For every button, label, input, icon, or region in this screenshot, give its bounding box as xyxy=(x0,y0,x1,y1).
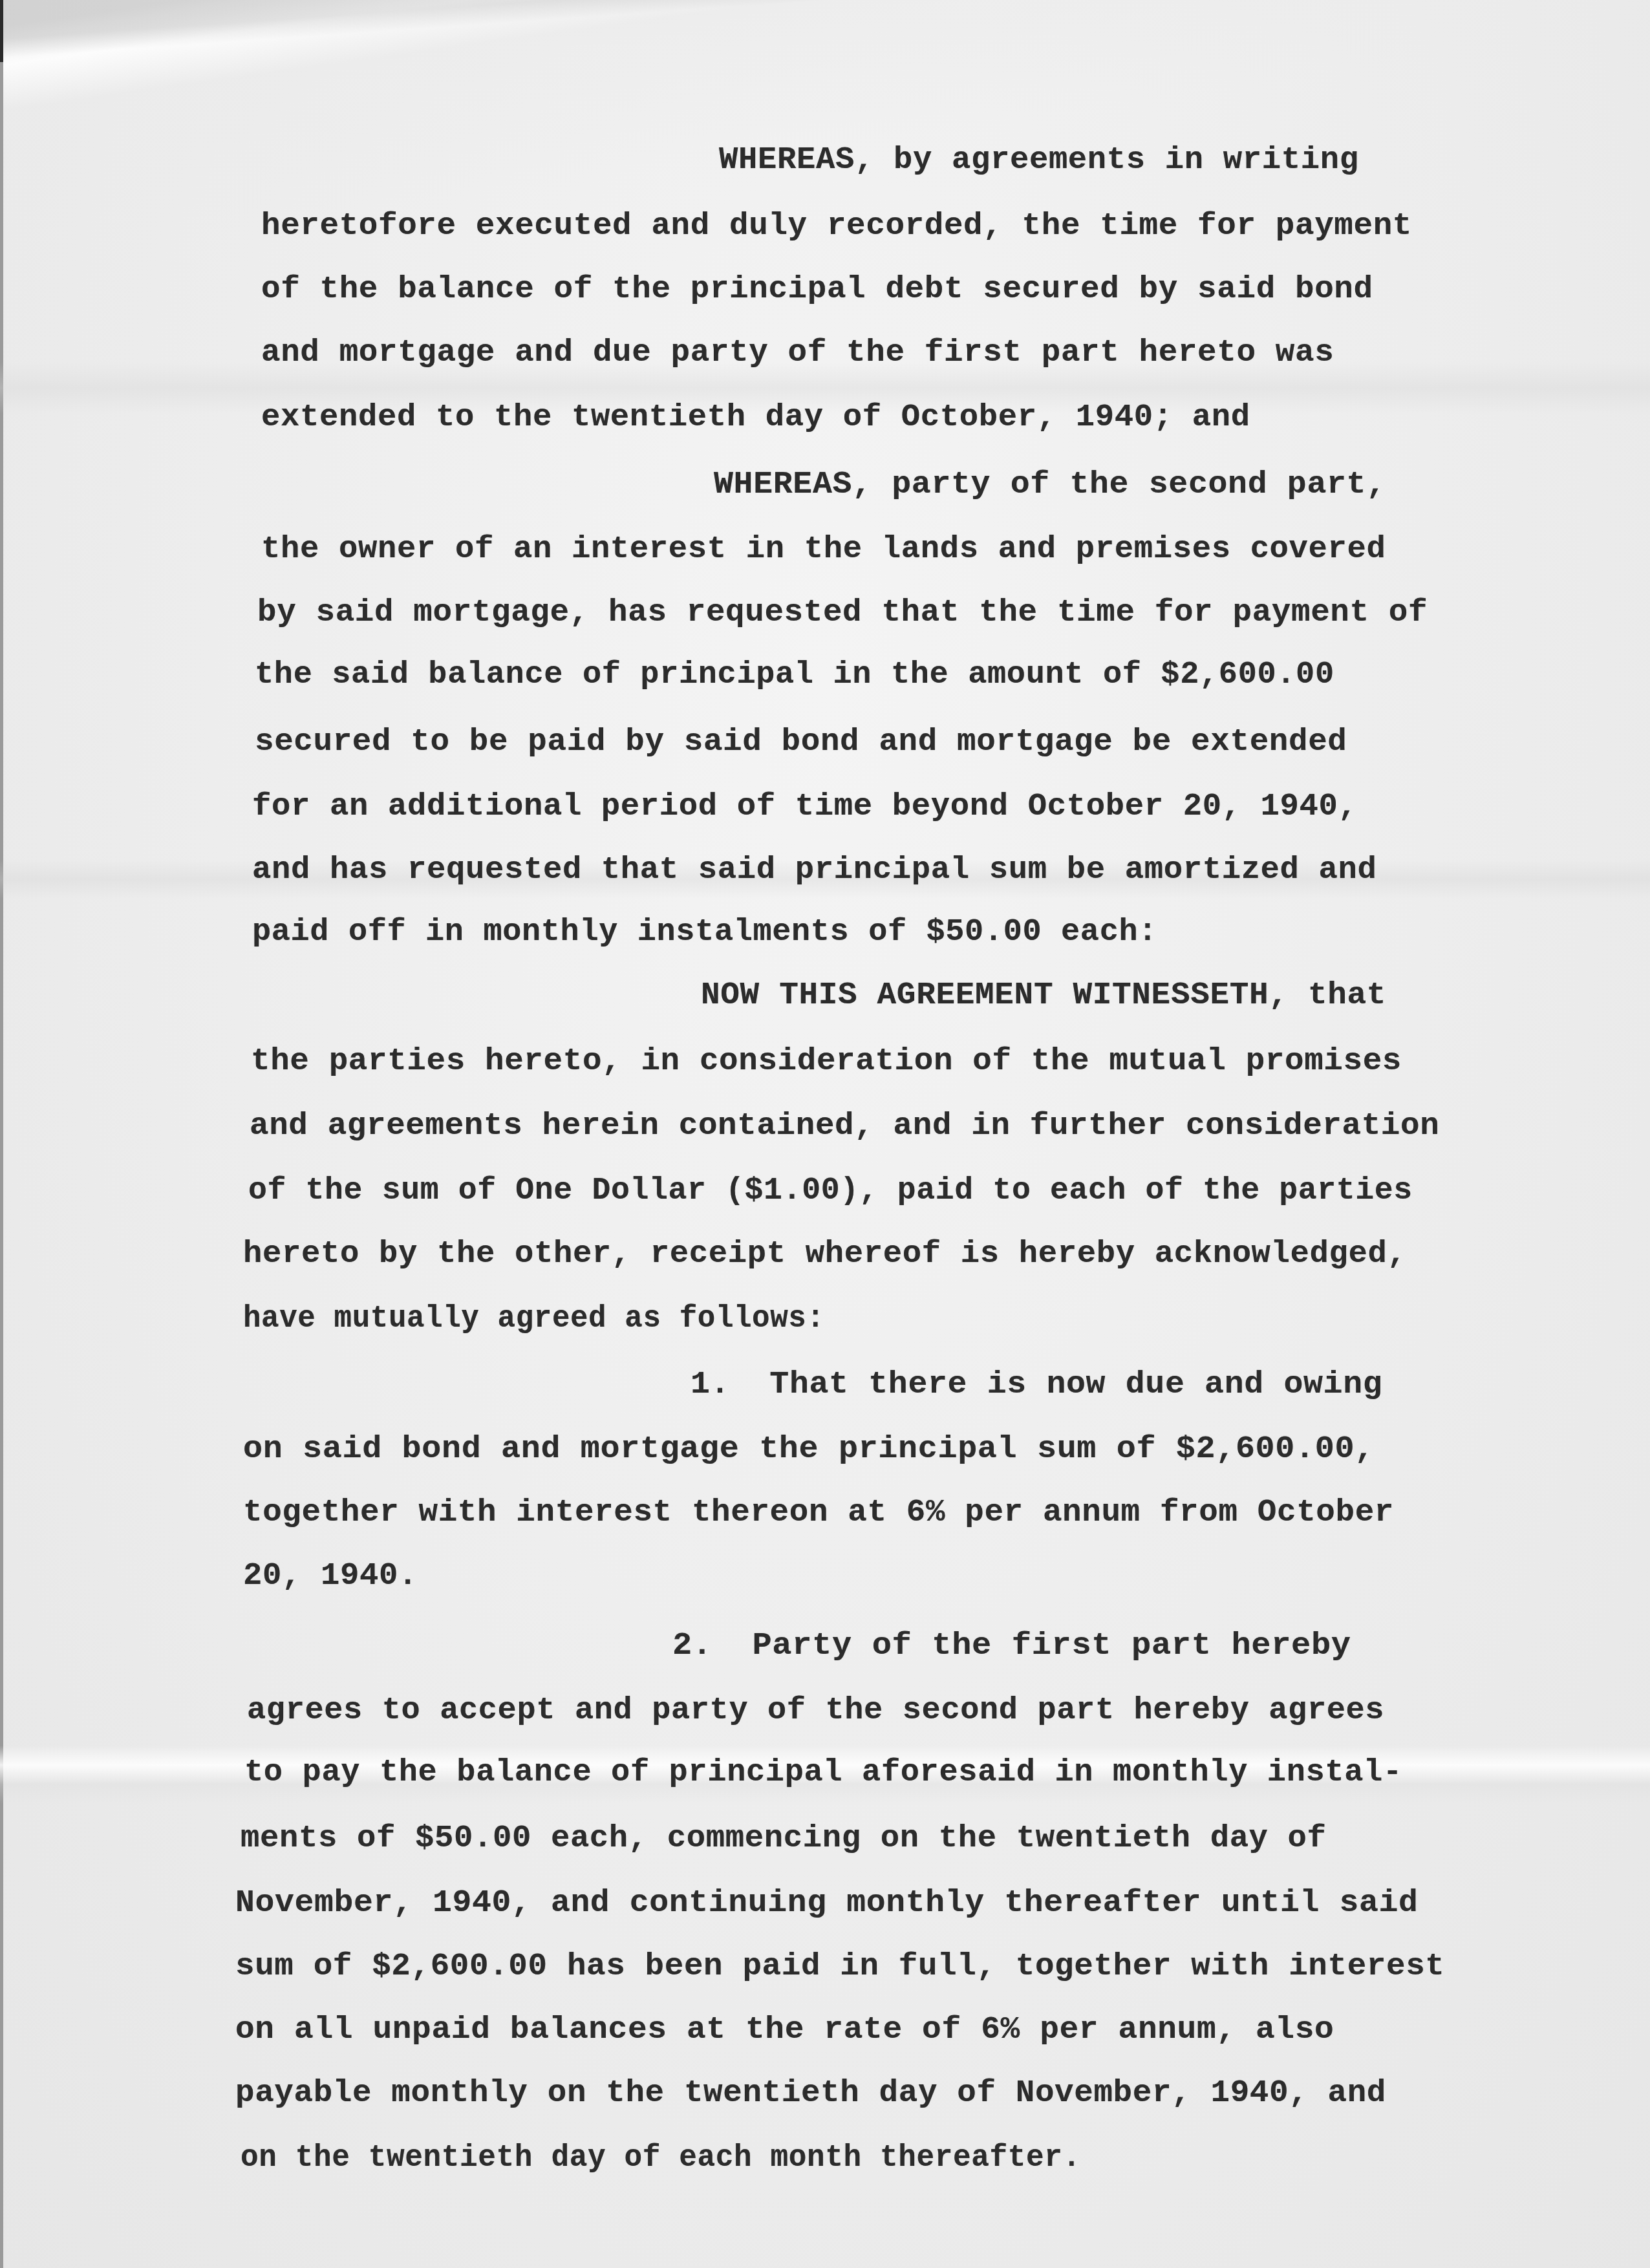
page-edge xyxy=(0,0,3,2268)
text-line: have mutually agreed as follows: xyxy=(243,1303,825,1334)
text-line: ments of $50.00 each, commencing on the … xyxy=(241,1823,1327,1854)
text-line: NOW THIS AGREEMENT WITNESSETH, that xyxy=(701,980,1386,1011)
text-line: 20, 1940. xyxy=(243,1561,418,1592)
text-line: the said balance of principal in the amo… xyxy=(255,659,1334,690)
text-line: secured to be paid by said bond and mort… xyxy=(255,727,1347,758)
text-line: and has requested that said principal su… xyxy=(252,855,1377,886)
text-line: November, 1940, and continuing monthly t… xyxy=(235,1888,1419,1919)
text-line: on all unpaid balances at the rate of 6%… xyxy=(235,2015,1334,2046)
text-line: WHEREAS, party of the second part, xyxy=(714,469,1386,500)
document-page: WHEREAS, by agreements in writing hereto… xyxy=(0,0,1650,2268)
text-line: the owner of an interest in the lands an… xyxy=(261,534,1386,565)
text-line: of the sum of One Dollar ($1.00), paid t… xyxy=(248,1175,1413,1206)
text-line: and mortgage and due party of the first … xyxy=(261,337,1334,369)
text-line: paid off in monthly instalments of $50.0… xyxy=(252,917,1157,948)
text-line: WHEREAS, by agreements in writing xyxy=(719,145,1359,176)
text-line: payable monthly on the twentieth day of … xyxy=(235,2078,1386,2109)
text-line: the parties hereto, in consideration of … xyxy=(251,1046,1402,1077)
page-edge-shadow xyxy=(0,0,3,62)
text-line: 2. Party of the first part hereby xyxy=(672,1631,1351,1662)
text-line: and agreements herein contained, and in … xyxy=(250,1111,1439,1142)
text-line: on the twentieth day of each month there… xyxy=(241,2143,1081,2174)
text-line: of the balance of the principal debt sec… xyxy=(261,274,1373,305)
text-line: hereto by the other, receipt whereof is … xyxy=(243,1239,1407,1270)
text-line: sum of $2,600.00 has been paid in full, … xyxy=(235,1951,1444,1982)
text-line: 1. That there is now due and owing xyxy=(691,1369,1382,1400)
text-line: by said mortgage, has requested that the… xyxy=(257,597,1428,628)
text-line: together with interest thereon at 6% per… xyxy=(243,1497,1394,1528)
text-line: heretofore executed and duly recorded, t… xyxy=(261,211,1412,242)
text-line: for an additional period of time beyond … xyxy=(252,791,1358,822)
text-line: extended to the twentieth day of October… xyxy=(261,402,1250,433)
text-line: on said bond and mortgage the principal … xyxy=(243,1434,1375,1465)
text-line: to pay the balance of principal aforesai… xyxy=(244,1757,1402,1788)
text-line: agrees to accept and party of the second… xyxy=(247,1695,1384,1726)
